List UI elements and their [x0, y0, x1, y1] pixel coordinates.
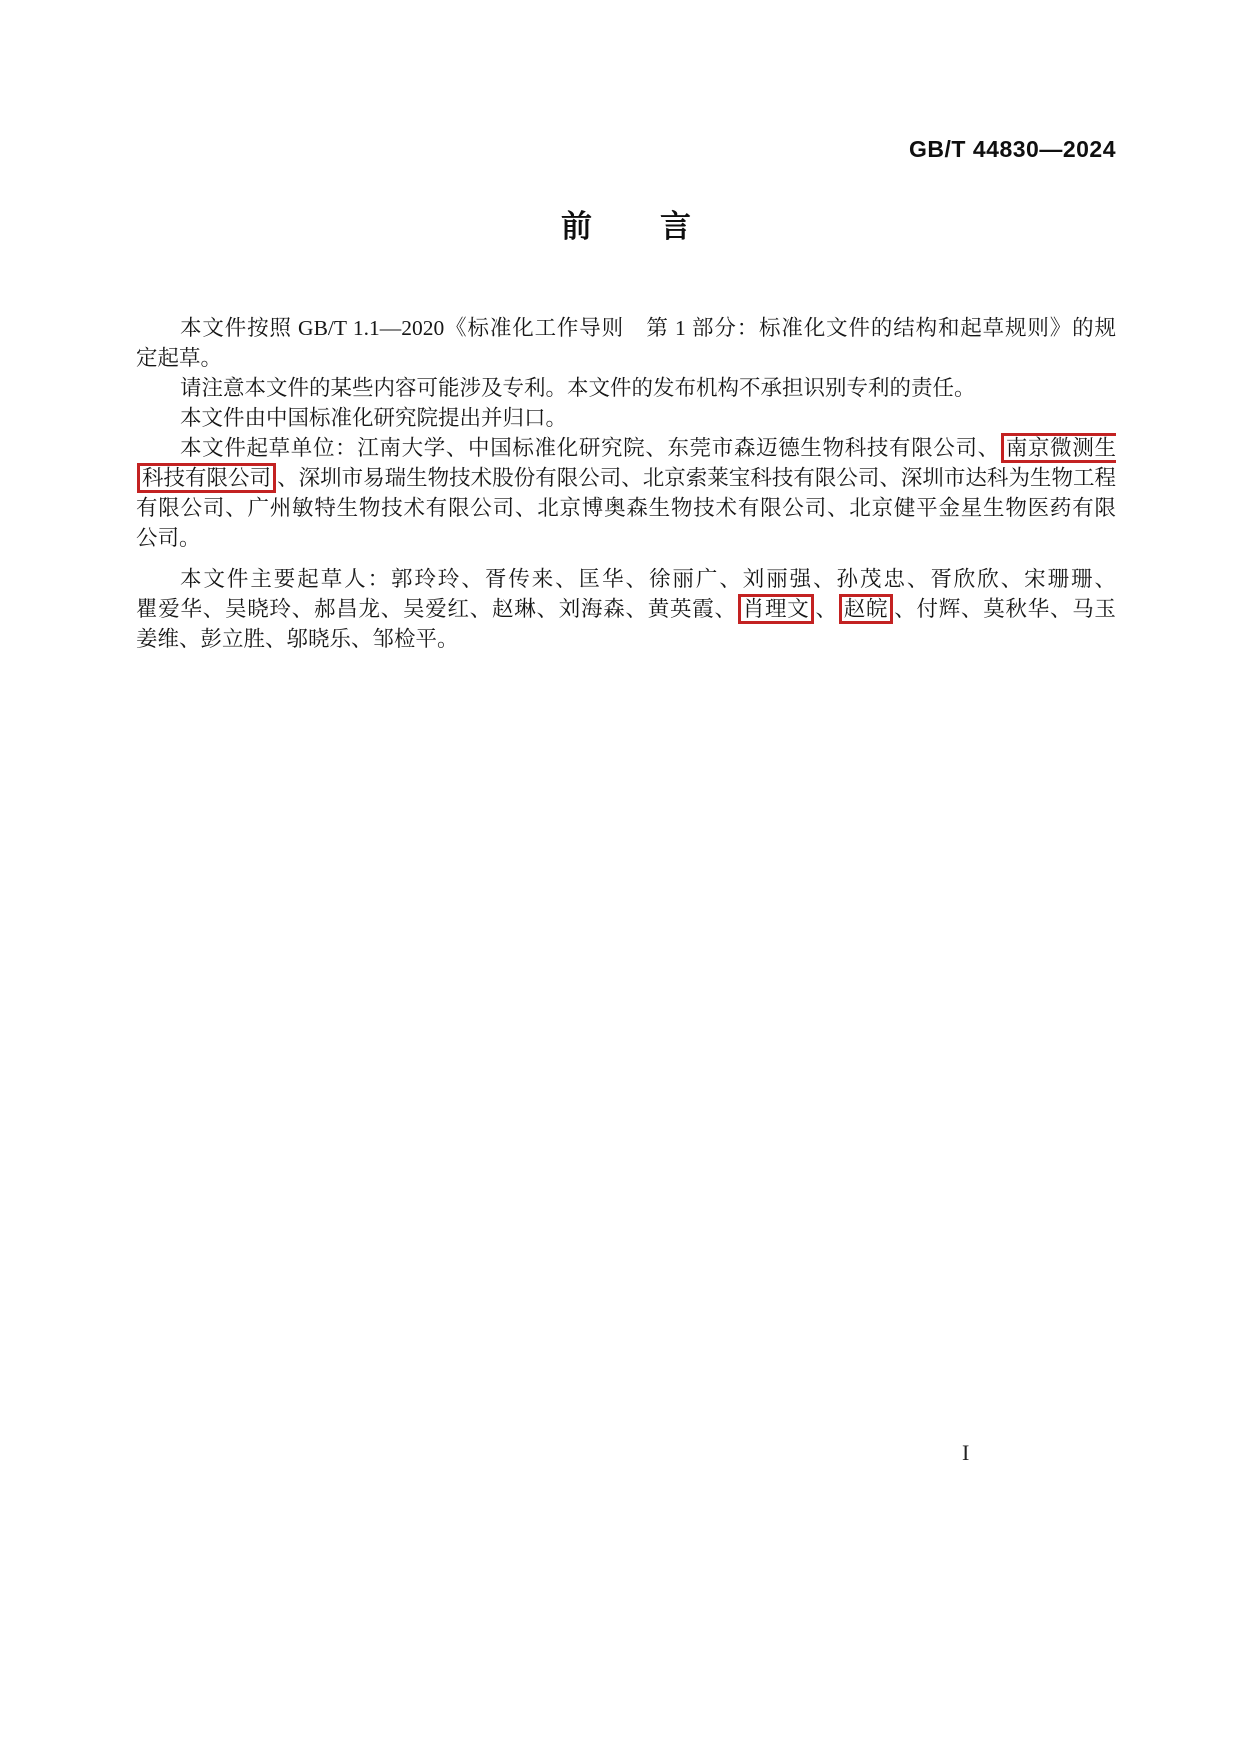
standard-number: GB/T 44830—2024: [136, 136, 1116, 163]
paragraph-line: 本文件由中国标准化研究院提出并归口。: [136, 403, 1116, 433]
paragraph-line: 本文件按照 GB/T 1.1—2020《标准化工作导则 第 1 部分：标准化文件…: [136, 313, 1116, 343]
paragraph: 本文件由中国标准化研究院提出并归口。: [136, 403, 1116, 433]
paragraph-line: 定起草。: [136, 343, 1116, 373]
paragraph: 本文件按照 GB/T 1.1—2020《标准化工作导则 第 1 部分：标准化文件…: [136, 313, 1116, 373]
text-run: 定起草。: [136, 346, 222, 370]
text-run: 有限公司、广州敏特生物技术有限公司、北京博奥森生物技术有限公司、北京健平金星生物…: [136, 496, 1116, 520]
highlight-box: 科技有限公司: [137, 463, 276, 493]
title-char-1: 前: [561, 207, 592, 247]
page-number: I: [962, 1440, 969, 1466]
paragraph-line: 公司。: [136, 523, 1116, 553]
text-run: 、: [815, 597, 837, 621]
page-content: GB/T 44830—2024 前 言 本文件按照 GB/T 1.1—2020《…: [136, 0, 1116, 654]
paragraph-line: 本文件起草单位：江南大学、中国标准化研究院、东莞市森迈德生物科技有限公司、南京微…: [136, 433, 1116, 463]
paragraph-line: 科技有限公司、深圳市易瑞生物技术股份有限公司、北京索莱宝科技有限公司、深圳市达科…: [136, 463, 1116, 493]
page-title: 前 言: [136, 207, 1116, 247]
document-page: GB/T 44830—2024 前 言 本文件按照 GB/T 1.1—2020《…: [0, 0, 1240, 1753]
title-char-2: 言: [660, 207, 691, 247]
paragraph-line: 有限公司、广州敏特生物技术有限公司、北京博奥森生物技术有限公司、北京健平金星生物…: [136, 493, 1116, 523]
paragraph-line: 姜维、彭立胜、邬晓乐、邹检平。: [136, 624, 1116, 654]
text-run: 本文件由中国标准化研究院提出并归口。: [180, 406, 567, 430]
paragraph-line: 瞿爱华、吴晓玲、郝昌龙、吴爱红、赵琳、刘海森、黄英霞、肖理文、赵皖、付辉、莫秋华…: [136, 594, 1116, 624]
text-run: 瞿爱华、吴晓玲、郝昌龙、吴爱红、赵琳、刘海森、黄英霞、: [136, 597, 737, 621]
text-run: 公司。: [136, 526, 201, 550]
text-run: 、深圳市易瑞生物技术股份有限公司、北京索莱宝科技有限公司、深圳市达科为生物工程: [277, 466, 1116, 490]
paragraph-line: 请注意本文件的某些内容可能涉及专利。本文件的发布机构不承担识别专利的责任。: [136, 373, 1116, 403]
highlight-box: 赵皖: [839, 594, 894, 624]
paragraph: 本文件起草单位：江南大学、中国标准化研究院、东莞市森迈德生物科技有限公司、南京微…: [136, 433, 1116, 553]
highlight-box: 肖理文: [738, 594, 815, 624]
text-run: 本文件起草单位：江南大学、中国标准化研究院、东莞市森迈德生物科技有限公司、: [180, 436, 1000, 460]
text-run: 请注意本文件的某些内容可能涉及专利。本文件的发布机构不承担识别专利的责任。: [180, 376, 976, 400]
paragraph-line: 本文件主要起草人：郭玲玲、胥传来、匡华、徐丽广、刘丽强、孙茂忠、胥欣欣、宋珊珊、: [136, 564, 1116, 594]
paragraph: 请注意本文件的某些内容可能涉及专利。本文件的发布机构不承担识别专利的责任。: [136, 373, 1116, 403]
paragraph: 本文件主要起草人：郭玲玲、胥传来、匡华、徐丽广、刘丽强、孙茂忠、胥欣欣、宋珊珊、…: [136, 564, 1116, 654]
text-run: 本文件按照 GB/T 1.1—2020《标准化工作导则 第 1 部分：标准化文件…: [180, 316, 1116, 340]
text-run: 姜维、彭立胜、邬晓乐、邹检平。: [136, 627, 459, 651]
text-run: 本文件主要起草人：郭玲玲、胥传来、匡华、徐丽广、刘丽强、孙茂忠、胥欣欣、宋珊珊、: [180, 567, 1116, 591]
body-paragraphs: 本文件按照 GB/T 1.1—2020《标准化工作导则 第 1 部分：标准化文件…: [136, 313, 1116, 654]
